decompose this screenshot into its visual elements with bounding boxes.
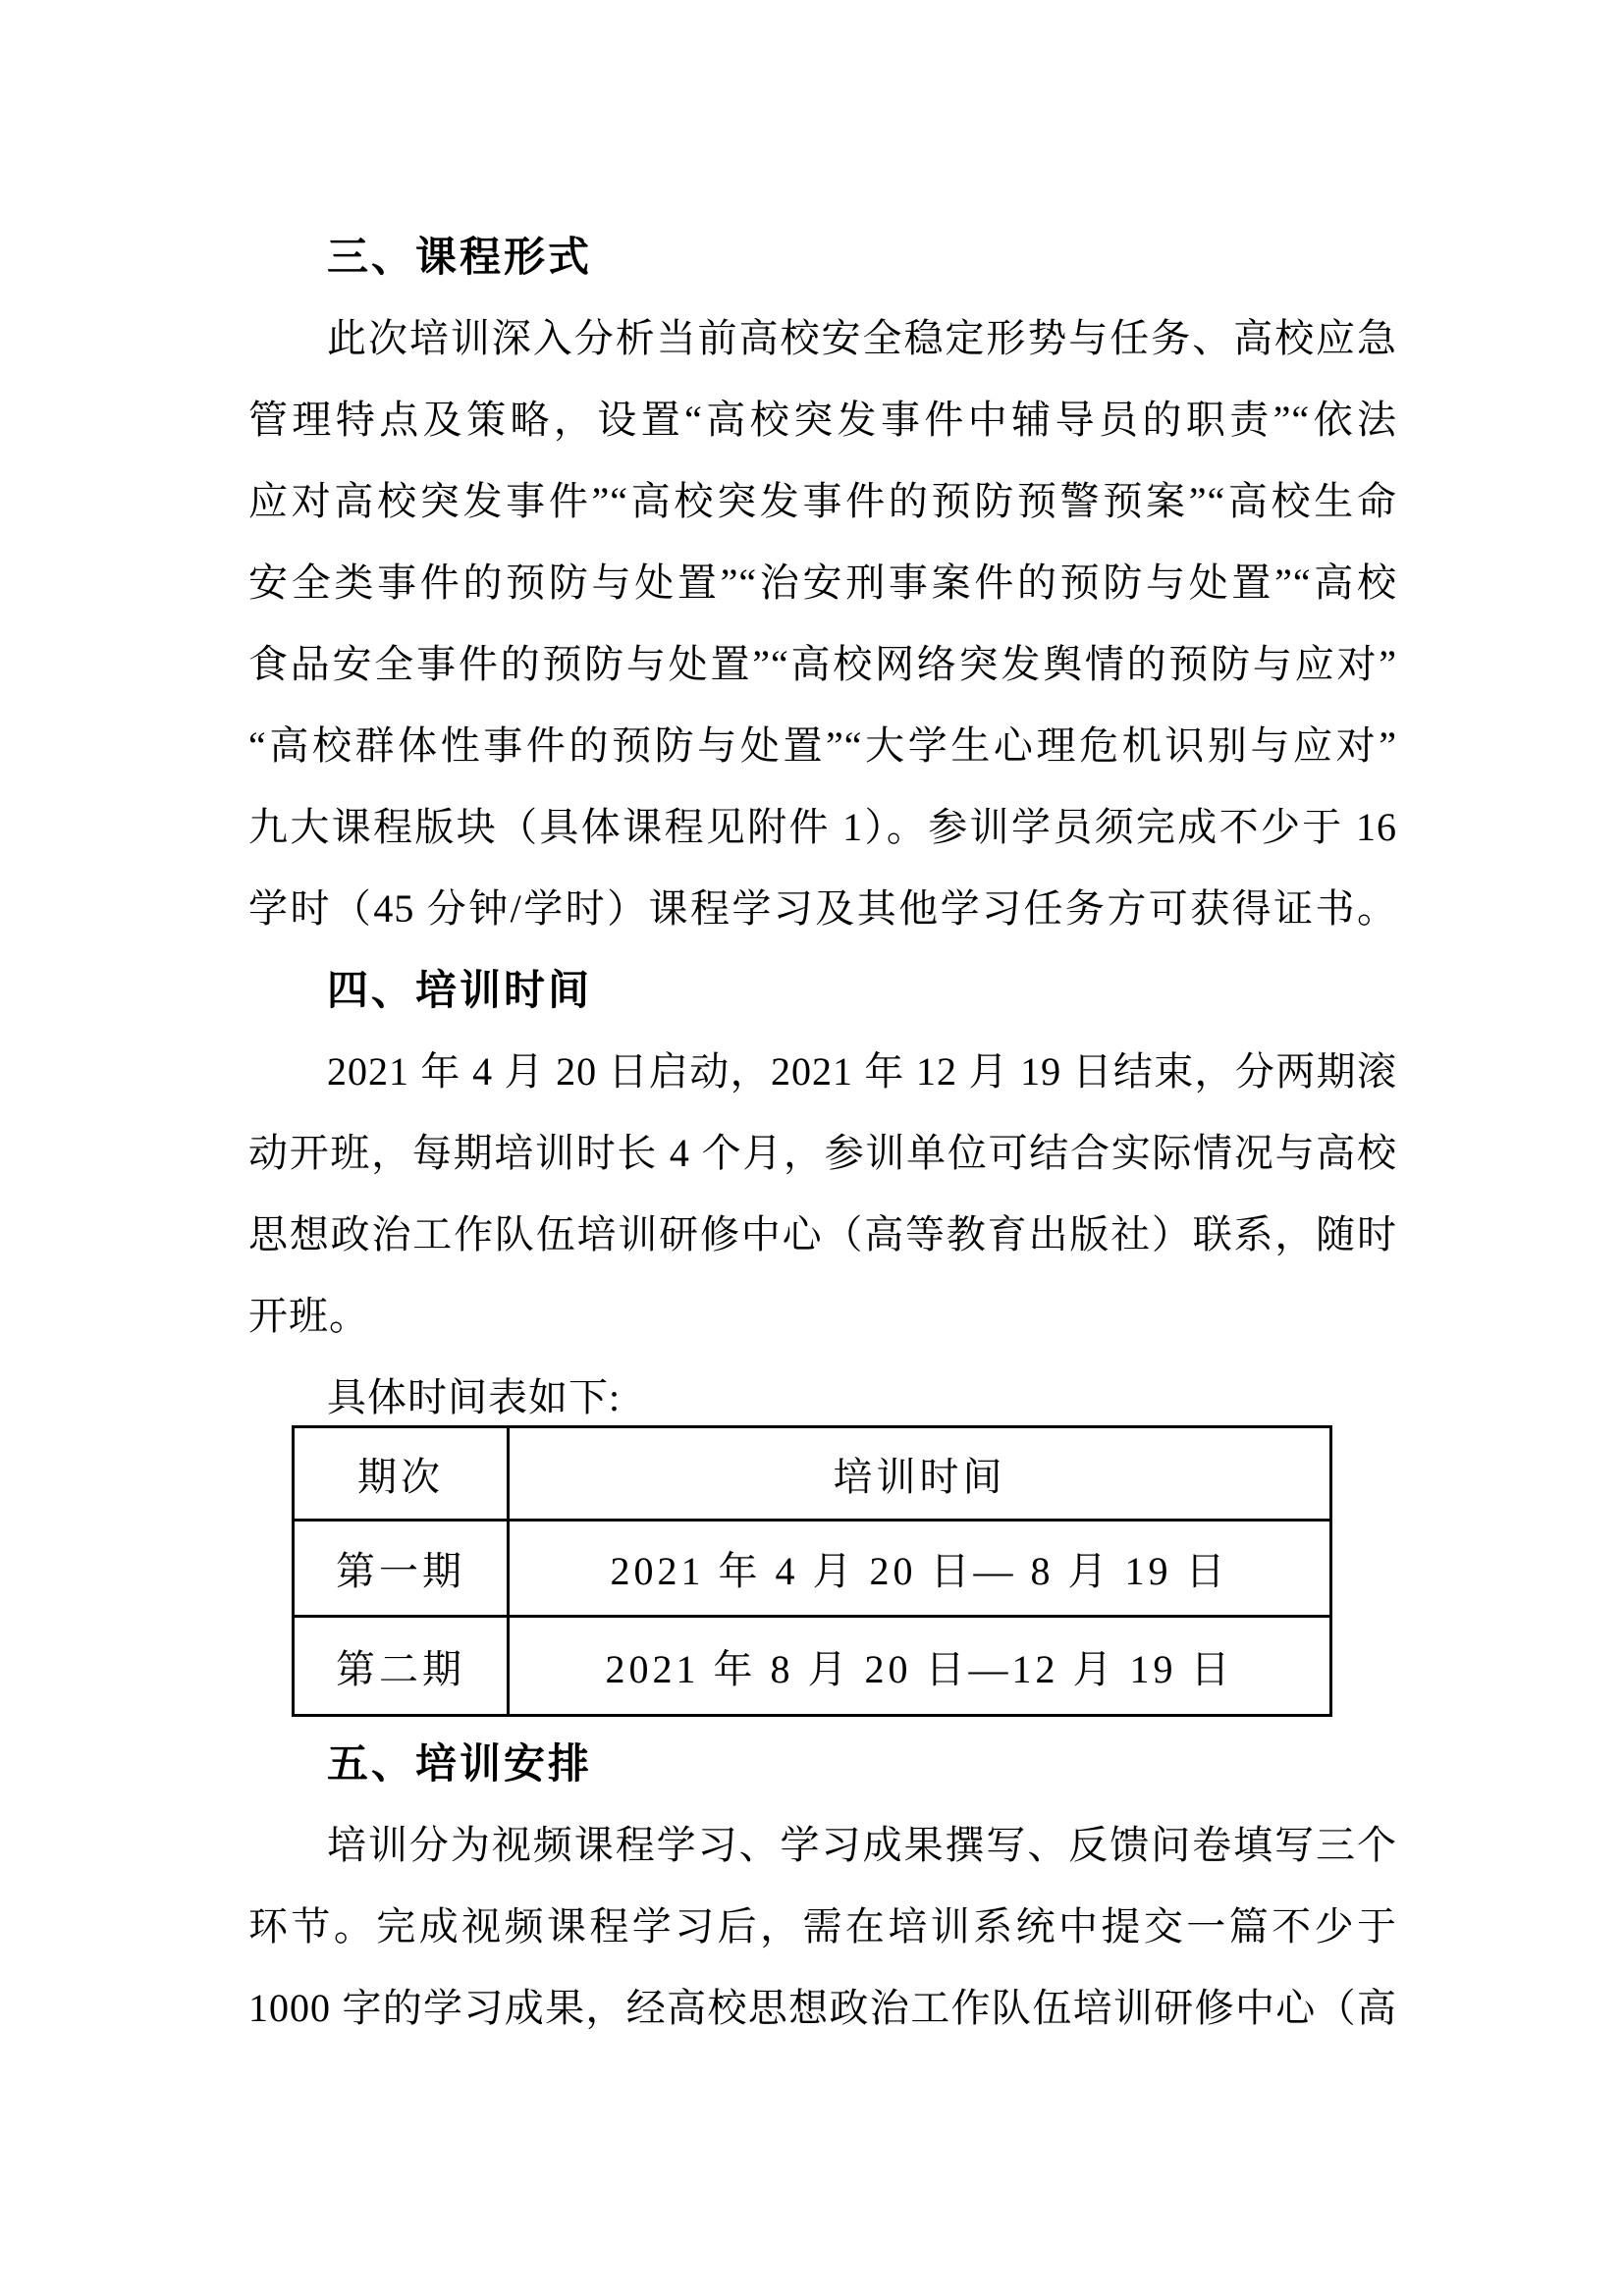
body-line: 应对高校突发事件”“高校突发事件的预防预警预案”“高校生命 — [248, 460, 1397, 542]
document-page: 三、课程形式此次培训深入分析当前高校安全稳定形势与任务、高校应急管理特点及策略，… — [0, 0, 1624, 2296]
body-line: 2021 年 4 月 20 日启动，2021 年 12 月 19 日结束，分两期… — [248, 1031, 1397, 1112]
section-heading: 五、培训安排 — [248, 1723, 1397, 1804]
body-line: 环节。完成视频课程学习后，需在培训系统中提交一篇不少于 — [248, 1886, 1397, 1967]
table-cell-period: 第一期 — [294, 1521, 509, 1617]
section-heading: 四、培训时间 — [248, 949, 1397, 1031]
body-line: 开班。 — [248, 1275, 1397, 1357]
table-header-time: 培训时间 — [509, 1427, 1331, 1521]
table-cell-time: 2021 年 4 月 20 日— 8 月 19 日 — [509, 1521, 1331, 1617]
body-line: 安全类事件的预防与处置”“治安刑事案件的预防与处置”“高校 — [248, 542, 1397, 623]
schedule-table: 期次 培训时间 第一期 2021 年 4 月 20 日— 8 月 19 日 第二… — [292, 1425, 1332, 1717]
table-row: 第二期 2021 年 8 月 20 日—12 月 19 日 — [294, 1617, 1331, 1716]
body-line: 此次培训深入分析当前高校安全稳定形势与任务、高校应急 — [248, 297, 1397, 379]
table-header-period: 期次 — [294, 1427, 509, 1521]
body-line: 九大课程版块（具体课程见附件 1）。参训学员须完成不少于 16 — [248, 786, 1397, 868]
section-heading: 三、课程形式 — [248, 216, 1397, 297]
body-line: 食品安全事件的预防与处置”“高校网络突发舆情的预防与应对” — [248, 623, 1397, 705]
table-row: 第一期 2021 年 4 月 20 日— 8 月 19 日 — [294, 1521, 1331, 1617]
body-line: 1000 字的学习成果，经高校思想政治工作队伍培训研修中心（高 — [248, 1967, 1397, 2049]
text-flow-upper: 三、课程形式此次培训深入分析当前高校安全稳定形势与任务、高校应急管理特点及策略，… — [248, 216, 1397, 1438]
body-line: 管理特点及策略，设置“高校突发事件中辅导员的职责”“依法 — [248, 379, 1397, 460]
body-line: 思想政治工作队伍培训研修中心（高等教育出版社）联系，随时 — [248, 1194, 1397, 1275]
body-line: 动开班，每期培训时长 4 个月，参训单位可结合实际情况与高校 — [248, 1112, 1397, 1194]
body-line: “高校群体性事件的预防与处置”“大学生心理危机识别与应对” — [248, 705, 1397, 786]
text-flow-lower: 五、培训安排培训分为视频课程学习、学习成果撰写、反馈问卷填写三个环节。完成视频课… — [248, 1723, 1397, 2049]
body-line: 学时（45 分钟/学时）课程学习及其他学习任务方可获得证书。 — [248, 868, 1397, 949]
table-cell-time: 2021 年 8 月 20 日—12 月 19 日 — [509, 1617, 1331, 1716]
table-cell-period: 第二期 — [294, 1617, 509, 1716]
table-header-row: 期次 培训时间 — [294, 1427, 1331, 1521]
body-line: 培训分为视频课程学习、学习成果撰写、反馈问卷填写三个 — [248, 1804, 1397, 1886]
